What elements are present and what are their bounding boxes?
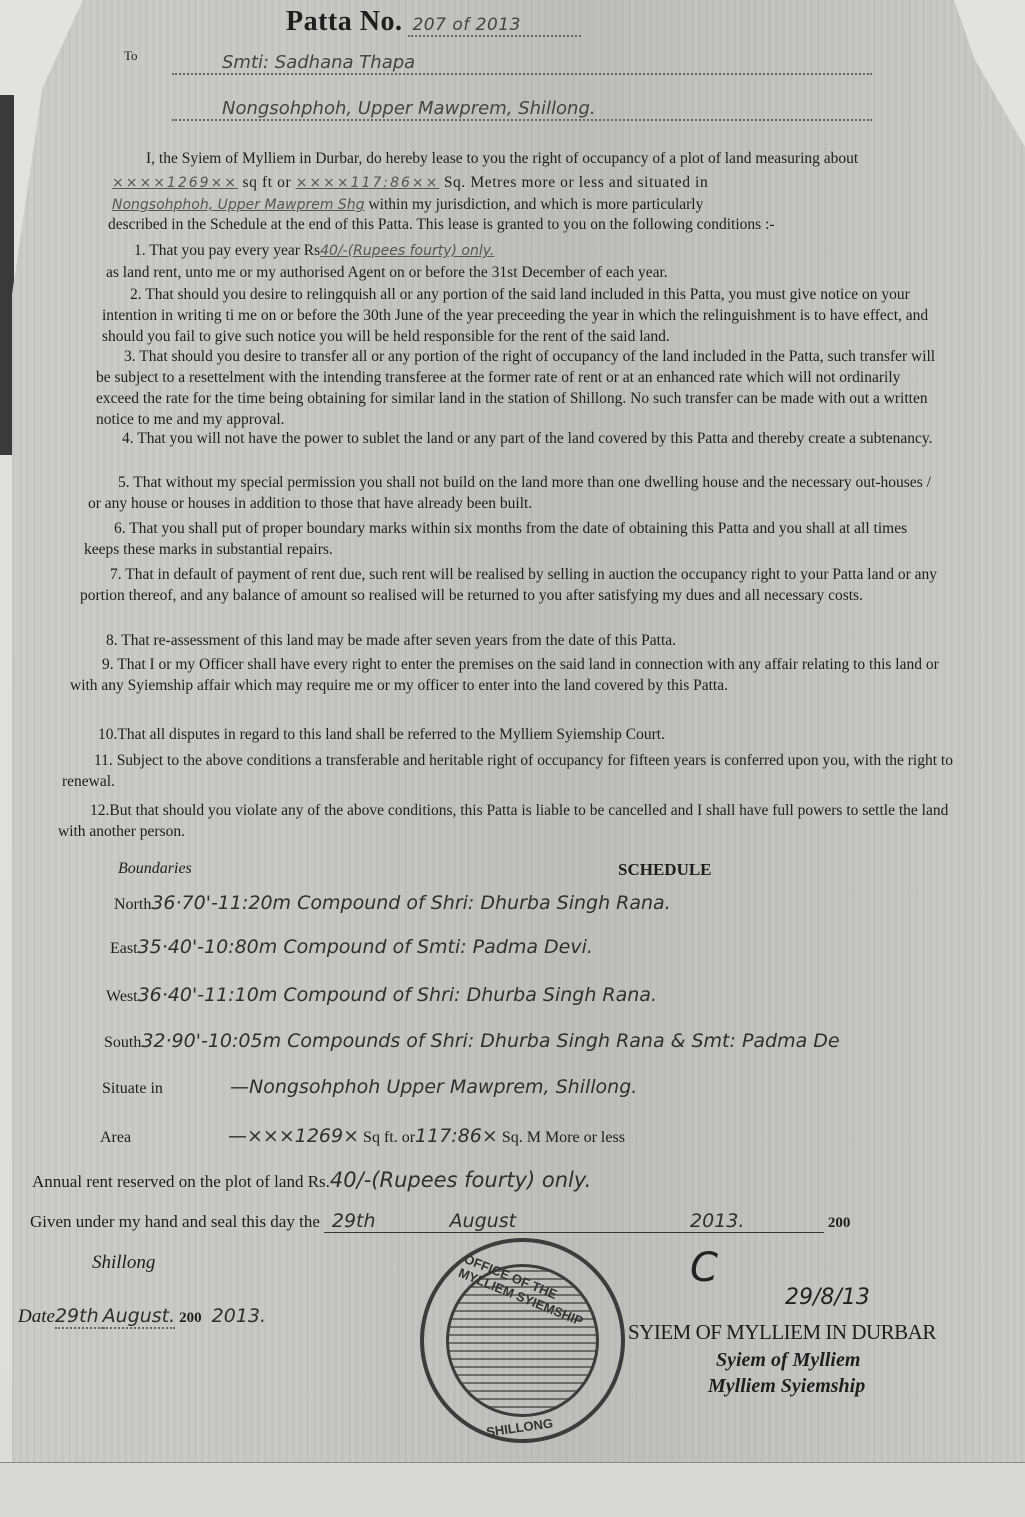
condition-1: 1. That you pay every year Rs40/-(Rupees… — [106, 240, 926, 283]
patta-number: 207 of 2013 — [408, 15, 580, 37]
addressee-name: Smti: Sadhana Thapa — [172, 52, 872, 75]
area-row: Area—×××1269× Sq ft. or117:86× Sq. M Mor… — [100, 1125, 625, 1147]
rent-fill: 40/-(Rupees fourty) only. — [320, 243, 494, 259]
intro-line-3: Nongsohphoh, Upper Mawprem Shg within my… — [112, 194, 932, 216]
location-fill: Nongsohphoh, Upper Mawprem Shg — [112, 197, 365, 213]
boundary-south: South32·90'-10:05m Compounds of Shri: Dh… — [104, 1030, 1025, 1052]
condition-12: 12.But that should you violate any of th… — [58, 800, 970, 842]
condition-6: 6. That you shall put of proper boundary… — [84, 518, 946, 560]
condition-9: 9. That I or my Officer shall have every… — [70, 654, 960, 696]
annual-rent-row: Annual rent reserved on the plot of land… — [32, 1168, 591, 1192]
area-sqft-fill: ××××1269×× — [112, 175, 238, 191]
official-seal: OFFICE OF THE MYLLIEM SYIEMSHIP SHILLONG — [420, 1238, 625, 1443]
boundary-west: West36·40'-11:10m Compound of Shri: Dhur… — [106, 984, 657, 1006]
surface-below-document — [0, 1462, 1025, 1517]
condition-11: 11. Subject to the above conditions a tr… — [62, 750, 966, 792]
boundaries-label: Boundaries — [118, 860, 192, 878]
intro-line-4: described in the Schedule at the end of … — [108, 214, 938, 235]
addressee-address: Nongsohphoh, Upper Mawprem, Shillong. — [172, 98, 872, 121]
situate-in: Situate in—Nongsohphoh Upper Mawprem, Sh… — [102, 1076, 637, 1098]
boundary-east: East35·40'-10:80m Compound of Smti: Padm… — [110, 936, 593, 958]
schedule-heading: SCHEDULE — [618, 860, 712, 880]
intro-line-1: I, the Syiem of Mylliem in Durbar, do he… — [146, 148, 926, 169]
condition-8: 8. That re-assessment of this land may b… — [76, 630, 952, 651]
signatory-title: SYIEM OF MYLLIEM IN DURBAR — [628, 1320, 936, 1345]
condition-3: 3. That should you desire to transfer al… — [96, 346, 936, 430]
condition-5: 5. That without my special permission yo… — [88, 472, 944, 514]
date-row: Date29thAugust. 200 2013. — [18, 1305, 266, 1328]
place-shillong: Shillong — [92, 1252, 155, 1274]
area-sqm-fill: ××××117:86×× — [296, 175, 440, 191]
condition-2: 2. That should you desire to relingquish… — [102, 284, 930, 347]
condition-10: 10.That all disputes in regard to this l… — [66, 724, 962, 745]
intro-line-2: ××××1269×× sq ft or ××××117:86×× Sq. Met… — [112, 172, 932, 194]
signature: C — [690, 1245, 718, 1291]
boundary-north: North36·70'-11:20m Compound of Shri: Dhu… — [114, 892, 671, 914]
page-edge-shadow — [0, 95, 14, 455]
seal-bottom-text: SHILLONG — [485, 1415, 554, 1439]
condition-4: 4. That you will not have the power to s… — [92, 428, 942, 449]
stamp-line-1: Syiem of Mylliem — [716, 1349, 860, 1372]
condition-7: 7. That in default of payment of rent du… — [80, 564, 950, 606]
to-label: To — [124, 48, 138, 64]
given-under-row: Given under my hand and seal this day th… — [30, 1210, 850, 1233]
signature-date: 29/8/13 — [785, 1285, 870, 1310]
patta-title: Patta No.207 of 2013 — [286, 6, 581, 38]
stamp-line-2: Mylliem Syiemship — [708, 1375, 865, 1398]
